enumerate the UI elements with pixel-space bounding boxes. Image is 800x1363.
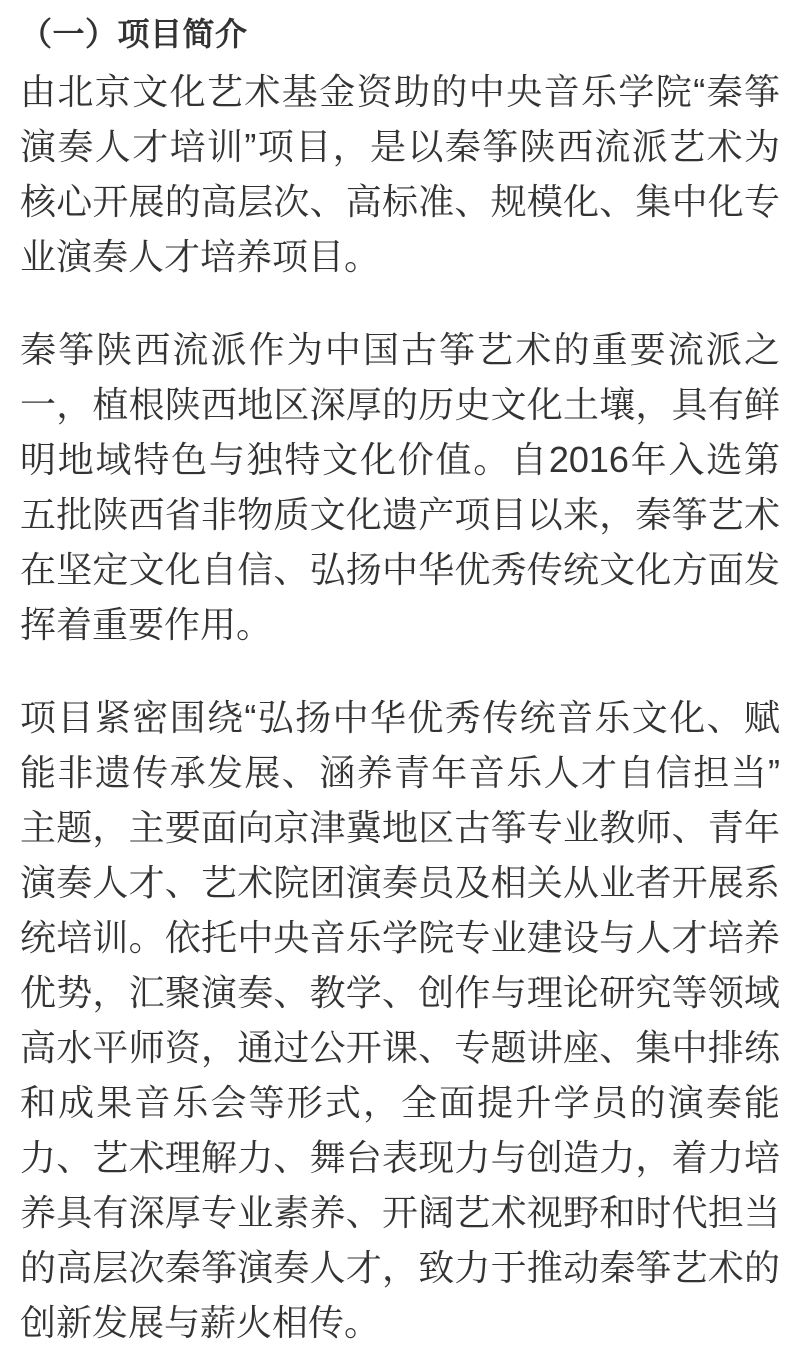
paragraph-project-intro: 由北京文化艺术基金资助的中央音乐学院“秦筝演奏人才培训”项目，是以秦筝陕西流派艺… bbox=[20, 64, 780, 284]
paragraph-project-theme: 项目紧密围绕“弘扬中华优秀传统音乐文化、赋能非遗传承发展、涵养青年音乐人才自信担… bbox=[20, 690, 780, 1350]
paragraph-shaanxi-school: 秦筝陕西流派作为中国古筝艺术的重要流派之一，植根陕西地区深厚的历史文化土壤，具有… bbox=[20, 322, 780, 652]
section-heading: （一）项目简介 bbox=[20, 12, 780, 56]
article-page: （一）项目简介 由北京文化艺术基金资助的中央音乐学院“秦筝演奏人才培训”项目，是… bbox=[0, 0, 800, 1363]
